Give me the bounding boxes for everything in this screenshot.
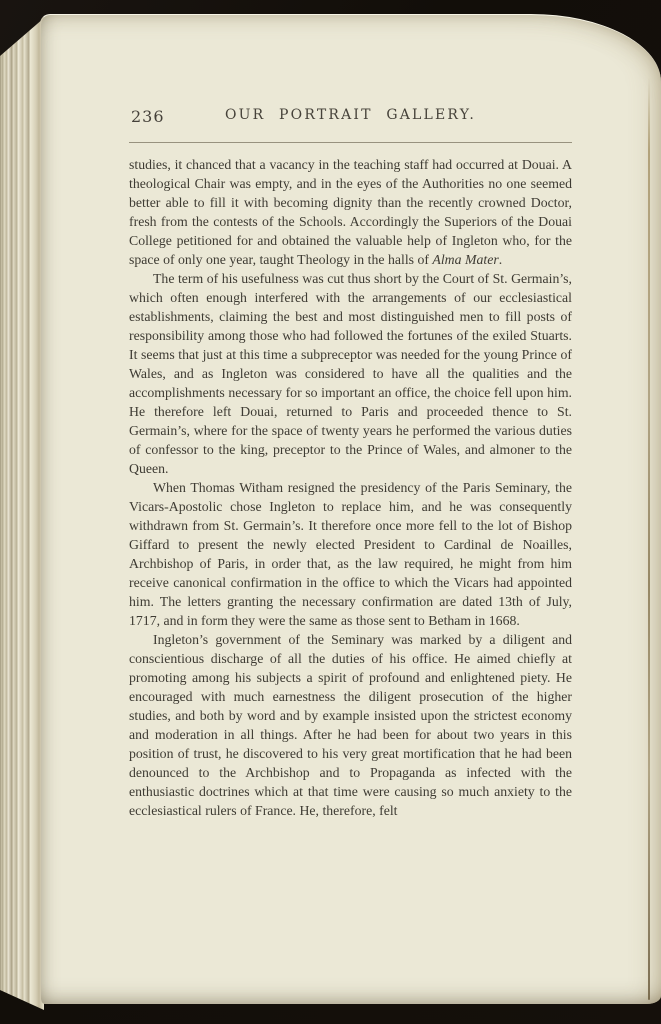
paragraph-1-period: . bbox=[499, 252, 502, 267]
paragraph-2: The term of his usefulness was cut thus … bbox=[129, 269, 572, 478]
page-content: 236 OUR PORTRAIT GALLERY. studies, it ch… bbox=[129, 15, 572, 820]
page-edge-crease bbox=[648, 77, 650, 1000]
paragraph-1-text: studies, it chanced that a vacancy in th… bbox=[129, 157, 572, 267]
running-title: OUR PORTRAIT GALLERY. bbox=[129, 107, 572, 123]
running-header: 236 OUR PORTRAIT GALLERY. bbox=[129, 107, 572, 127]
italic-phrase-alma-mater: Alma Mater bbox=[432, 252, 498, 267]
body-text: studies, it chanced that a vacancy in th… bbox=[129, 155, 572, 820]
paragraph-1: studies, it chanced that a vacancy in th… bbox=[129, 155, 572, 269]
page-stack-edges bbox=[0, 18, 44, 1010]
page-number: 236 bbox=[131, 107, 165, 126]
paragraph-3: When Thomas Witham resigned the presiden… bbox=[129, 478, 572, 630]
book-page: 236 OUR PORTRAIT GALLERY. studies, it ch… bbox=[40, 14, 661, 1004]
photo-background: 236 OUR PORTRAIT GALLERY. studies, it ch… bbox=[0, 0, 661, 1024]
header-rule bbox=[129, 142, 572, 143]
paragraph-4: Ingleton’s government of the Seminary wa… bbox=[129, 630, 572, 820]
